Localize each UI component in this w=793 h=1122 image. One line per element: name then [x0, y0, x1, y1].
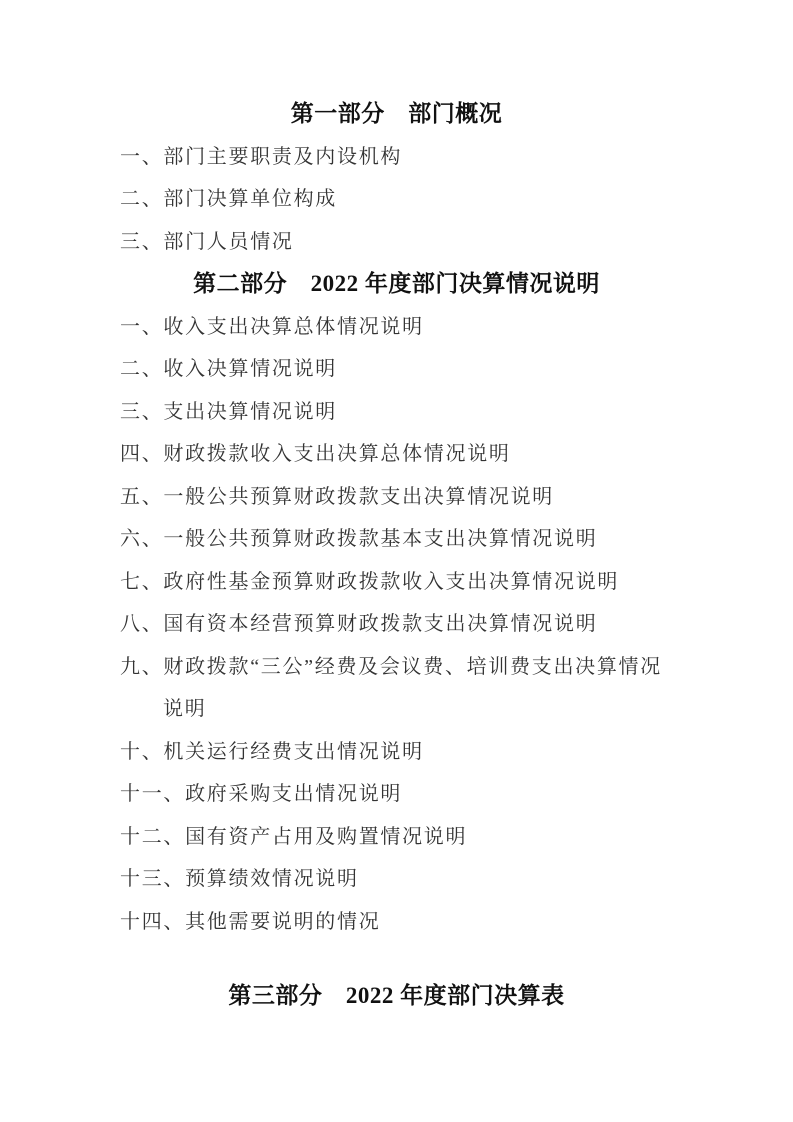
- toc-item-s2-08: 八、国有资本经营预算财政拨款支出决算情况说明: [0, 603, 793, 646]
- toc-item-s1-1: 一、部门主要职责及内设机构: [0, 136, 793, 179]
- toc-item-s2-13: 十三、预算绩效情况说明: [0, 858, 793, 901]
- toc-item-s2-14: 十四、其他需要说明的情况: [0, 901, 793, 944]
- toc-item-s2-09-wrap: 说明: [0, 688, 793, 731]
- toc-item-s2-05: 五、一般公共预算财政拨款支出决算情况说明: [0, 476, 793, 519]
- toc-item-s2-04: 四、财政拨款收入支出决算总体情况说明: [0, 433, 793, 476]
- toc-item-s2-09: 九、财政拨款“三公”经费及会议费、培训费支出决算情况: [0, 646, 793, 689]
- toc-item-s2-03: 三、支出决算情况说明: [0, 391, 793, 434]
- toc-item-s2-06: 六、一般公共预算财政拨款基本支出决算情况说明: [0, 518, 793, 561]
- toc-item-s2-12: 十二、国有资产占用及购置情况说明: [0, 816, 793, 859]
- part1-heading: 第一部分 部门概况: [0, 93, 793, 136]
- toc-item-s2-10: 十、机关运行经费支出情况说明: [0, 731, 793, 774]
- document-page: 第一部分 部门概况 一、部门主要职责及内设机构 二、部门决算单位构成 三、部门人…: [0, 0, 793, 1122]
- toc-item-s1-2: 二、部门决算单位构成: [0, 178, 793, 221]
- part2-heading: 第二部分 2022 年度部门决算情况说明: [0, 263, 793, 306]
- toc-item-s2-11: 十一、政府采购支出情况说明: [0, 773, 793, 816]
- toc-item-s2-01: 一、收入支出决算总体情况说明: [0, 306, 793, 349]
- toc-item-s2-02: 二、收入决算情况说明: [0, 348, 793, 391]
- toc-item-s2-07: 七、政府性基金预算财政拨款收入支出决算情况说明: [0, 561, 793, 604]
- toc-item-s1-3: 三、部门人员情况: [0, 221, 793, 264]
- part3-heading: 第三部分 2022 年度部门决算表: [0, 975, 793, 1018]
